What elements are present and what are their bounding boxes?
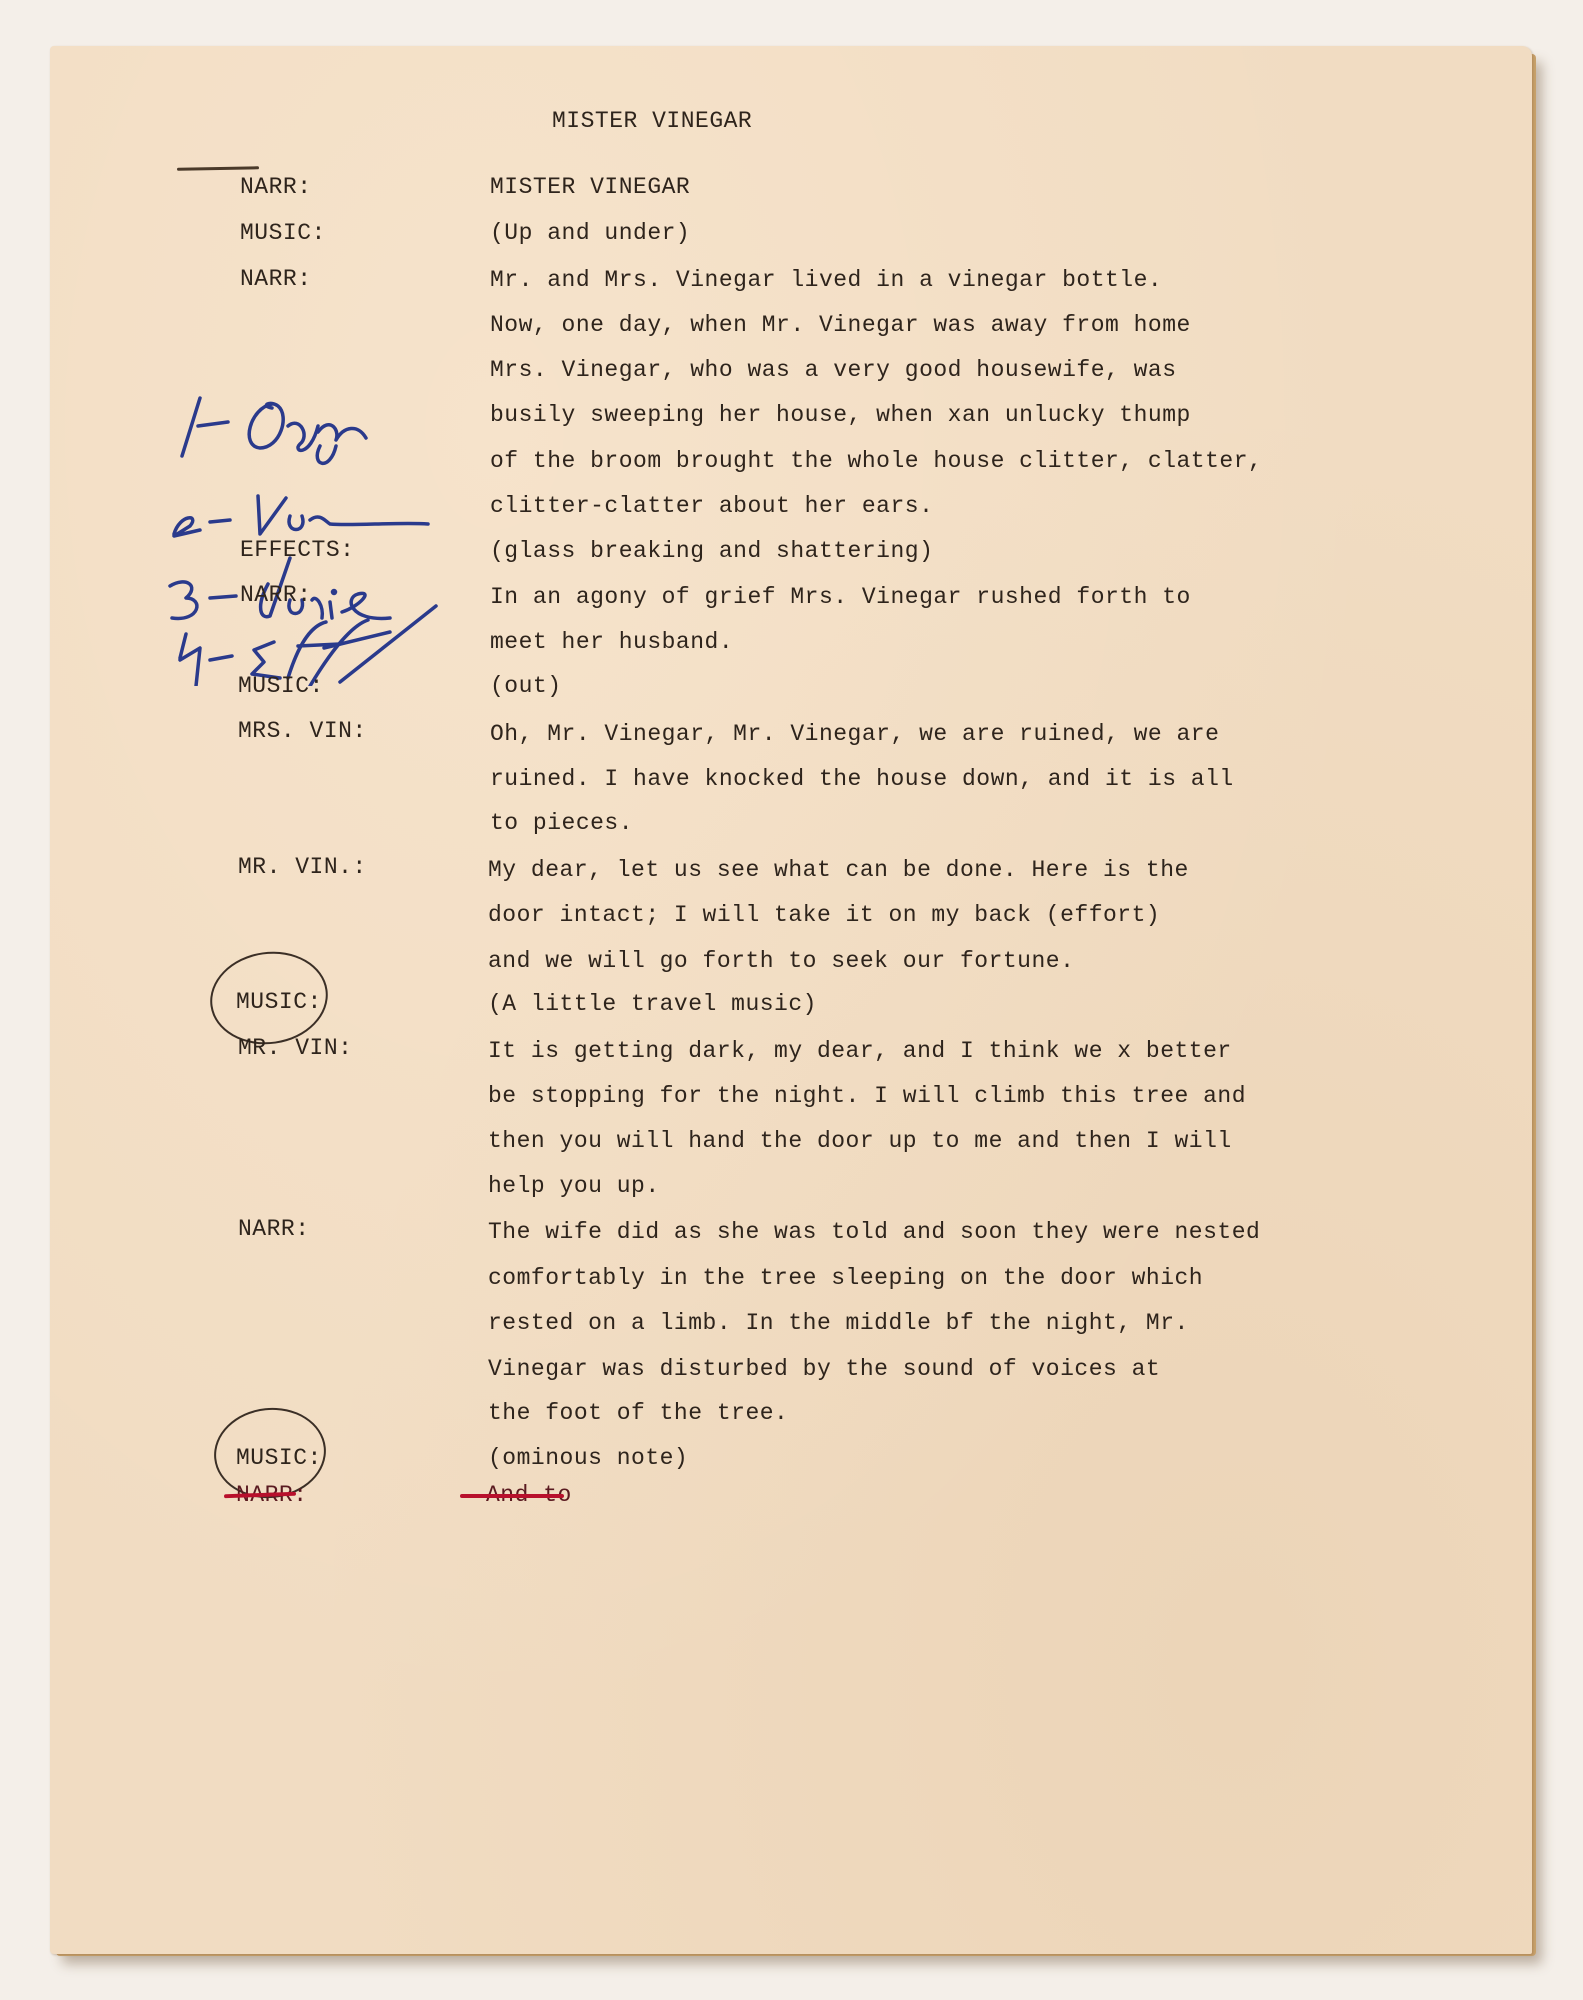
dialogue-line: (glass breaking and shattering) [490, 540, 933, 563]
dialogue-line: MISTER VINEGAR [490, 176, 690, 199]
dialogue-line: (out) [490, 675, 562, 698]
dialogue-line: (ominous note) [488, 1447, 688, 1470]
dialogue-line: The wife did as she was told and soon th… [488, 1221, 1260, 1244]
dialogue-line: and we will go forth to seek our fortune… [488, 950, 1074, 973]
dialogue-line: (Up and under) [490, 222, 690, 245]
dialogue-line: be stopping for the night. I will climb … [488, 1085, 1246, 1108]
dialogue-line: help you up. [488, 1175, 660, 1198]
page-header-title: MISTER VINEGAR [552, 110, 752, 133]
dialogue-line: the foot of the tree. [488, 1402, 788, 1425]
dialogue-line: comfortably in the tree sleeping on the … [488, 1267, 1203, 1290]
dialogue-line: busily sweeping her house, when xan unlu… [490, 404, 1191, 427]
handwritten-notes [160, 386, 500, 686]
cue-music: MUSIC: [236, 1447, 322, 1470]
cue-music: MUSIC: [240, 222, 326, 245]
cue-mr-vin: MR. VIN: [238, 1037, 352, 1060]
cue-mr-vin: MR. VIN.: [238, 856, 367, 879]
dialogue-line: Mr. and Mrs. Vinegar lived in a vinegar … [490, 269, 1162, 292]
dialogue-line: of the broom brought the whole house cli… [490, 450, 1262, 473]
staple [177, 166, 259, 170]
cue-music: MUSIC: [238, 675, 324, 698]
script-page: MISTER VINEGAR [50, 46, 1532, 1954]
dialogue-line: clitter-clatter about her ears. [490, 495, 933, 518]
cue-effects: EFFECTS: [240, 539, 354, 562]
cue-narr: NARR: [240, 176, 312, 199]
cue-mrs-vin: MRS. VIN: [238, 720, 367, 743]
cue-narr: NARR: [240, 268, 312, 291]
dialogue-line: to pieces. [490, 812, 633, 835]
dialogue-line: meet her husband. [490, 631, 733, 654]
dialogue-line: My dear, let us see what can be done. He… [488, 859, 1189, 882]
dialogue-line: door intact; I will take it on my back (… [488, 904, 1160, 927]
cue-music: MUSIC: [236, 991, 322, 1014]
dialogue-line: Oh, Mr. Vinegar, Mr. Vinegar, we are rui… [490, 723, 1219, 746]
red-strikethrough [460, 1494, 564, 1498]
cue-narr: NARR: [238, 1218, 310, 1241]
dialogue-line: (A little travel music) [488, 993, 817, 1016]
dialogue-line: Now, one day, when Mr. Vinegar was away … [490, 314, 1191, 337]
dialogue-line: ruined. I have knocked the house down, a… [490, 768, 1234, 791]
dialogue-line: In an agony of grief Mrs. Vinegar rushed… [490, 586, 1191, 609]
dialogue-line: then you will hand the door up to me and… [488, 1130, 1232, 1153]
dialogue-line: Mrs. Vinegar, who was a very good housew… [490, 359, 1177, 382]
cue-narr: NARR: [240, 584, 312, 607]
dialogue-line: It is getting dark, my dear, and I think… [488, 1040, 1232, 1063]
dialogue-line: rested on a limb. In the middle bf the n… [488, 1312, 1189, 1335]
dialogue-line: Vinegar was disturbed by the sound of vo… [488, 1358, 1160, 1381]
